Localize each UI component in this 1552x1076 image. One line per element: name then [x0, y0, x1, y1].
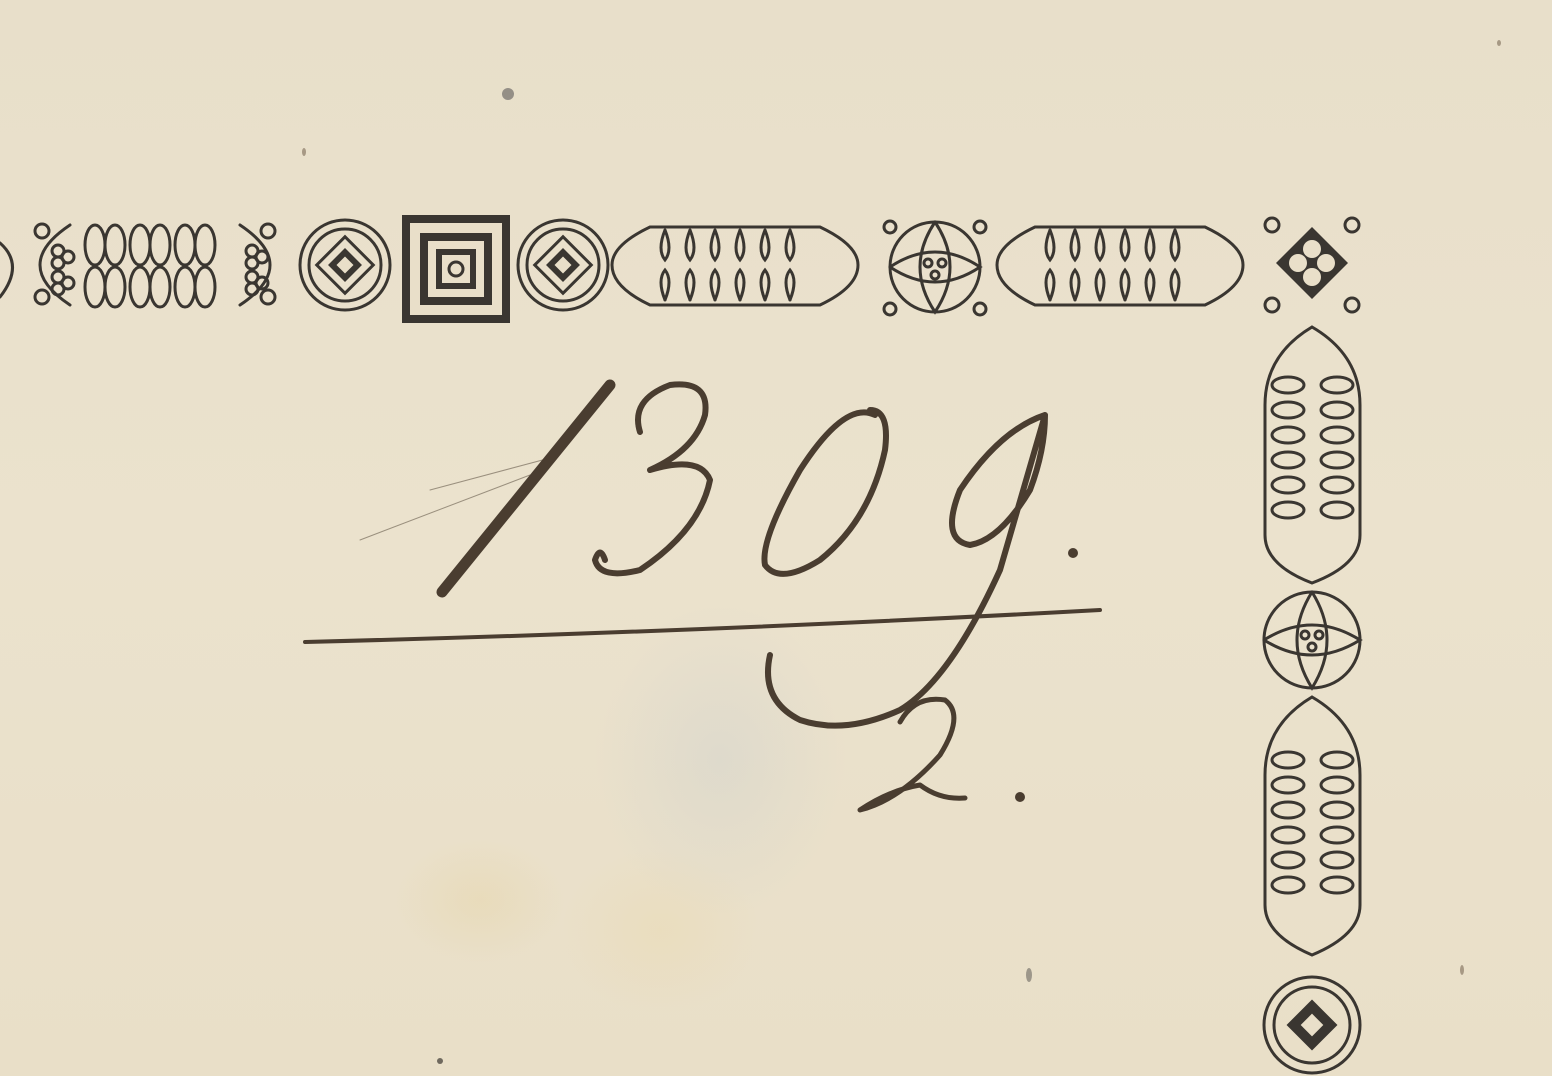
nested-square-ornament — [402, 215, 510, 323]
ornamental-border-right — [1250, 205, 1375, 1076]
handwritten-annotation: 1309. 2. — [300, 370, 1120, 830]
partial-roundel-ornament — [0, 243, 13, 297]
digit-nine-stroke — [768, 415, 1045, 726]
paper-speck — [437, 1058, 443, 1064]
quatrefoil-roundel-ornament — [1264, 592, 1360, 688]
interlace-knot-ornament — [1264, 977, 1360, 1073]
period-mark — [1068, 548, 1078, 558]
period-mark — [1015, 792, 1025, 802]
ornamental-border-top — [0, 205, 1370, 325]
interlace-knot-ornament — [300, 220, 390, 310]
loop-cartouche-ornament — [1265, 697, 1360, 955]
paper-speck — [502, 88, 514, 100]
scroll-cartouche-ornament — [35, 224, 275, 307]
digit-zero-stroke — [764, 410, 886, 574]
loop-cartouche-ornament — [612, 227, 858, 305]
quatrefoil-roundel-ornament — [884, 221, 986, 315]
digit-three-stroke — [595, 384, 710, 573]
interlace-knot-ornament — [518, 220, 608, 310]
paper-speck — [302, 148, 306, 156]
loop-cartouche-ornament — [1265, 327, 1360, 583]
paper-speck — [1026, 968, 1032, 982]
fraction-rule — [305, 610, 1100, 642]
loop-cartouche-ornament — [997, 227, 1243, 305]
digit-two-stroke — [860, 699, 965, 810]
paper-speck — [1460, 965, 1464, 975]
paper-speck — [1497, 40, 1501, 46]
digit-one-stroke — [442, 385, 610, 592]
handwriting-strokes — [300, 370, 1120, 830]
